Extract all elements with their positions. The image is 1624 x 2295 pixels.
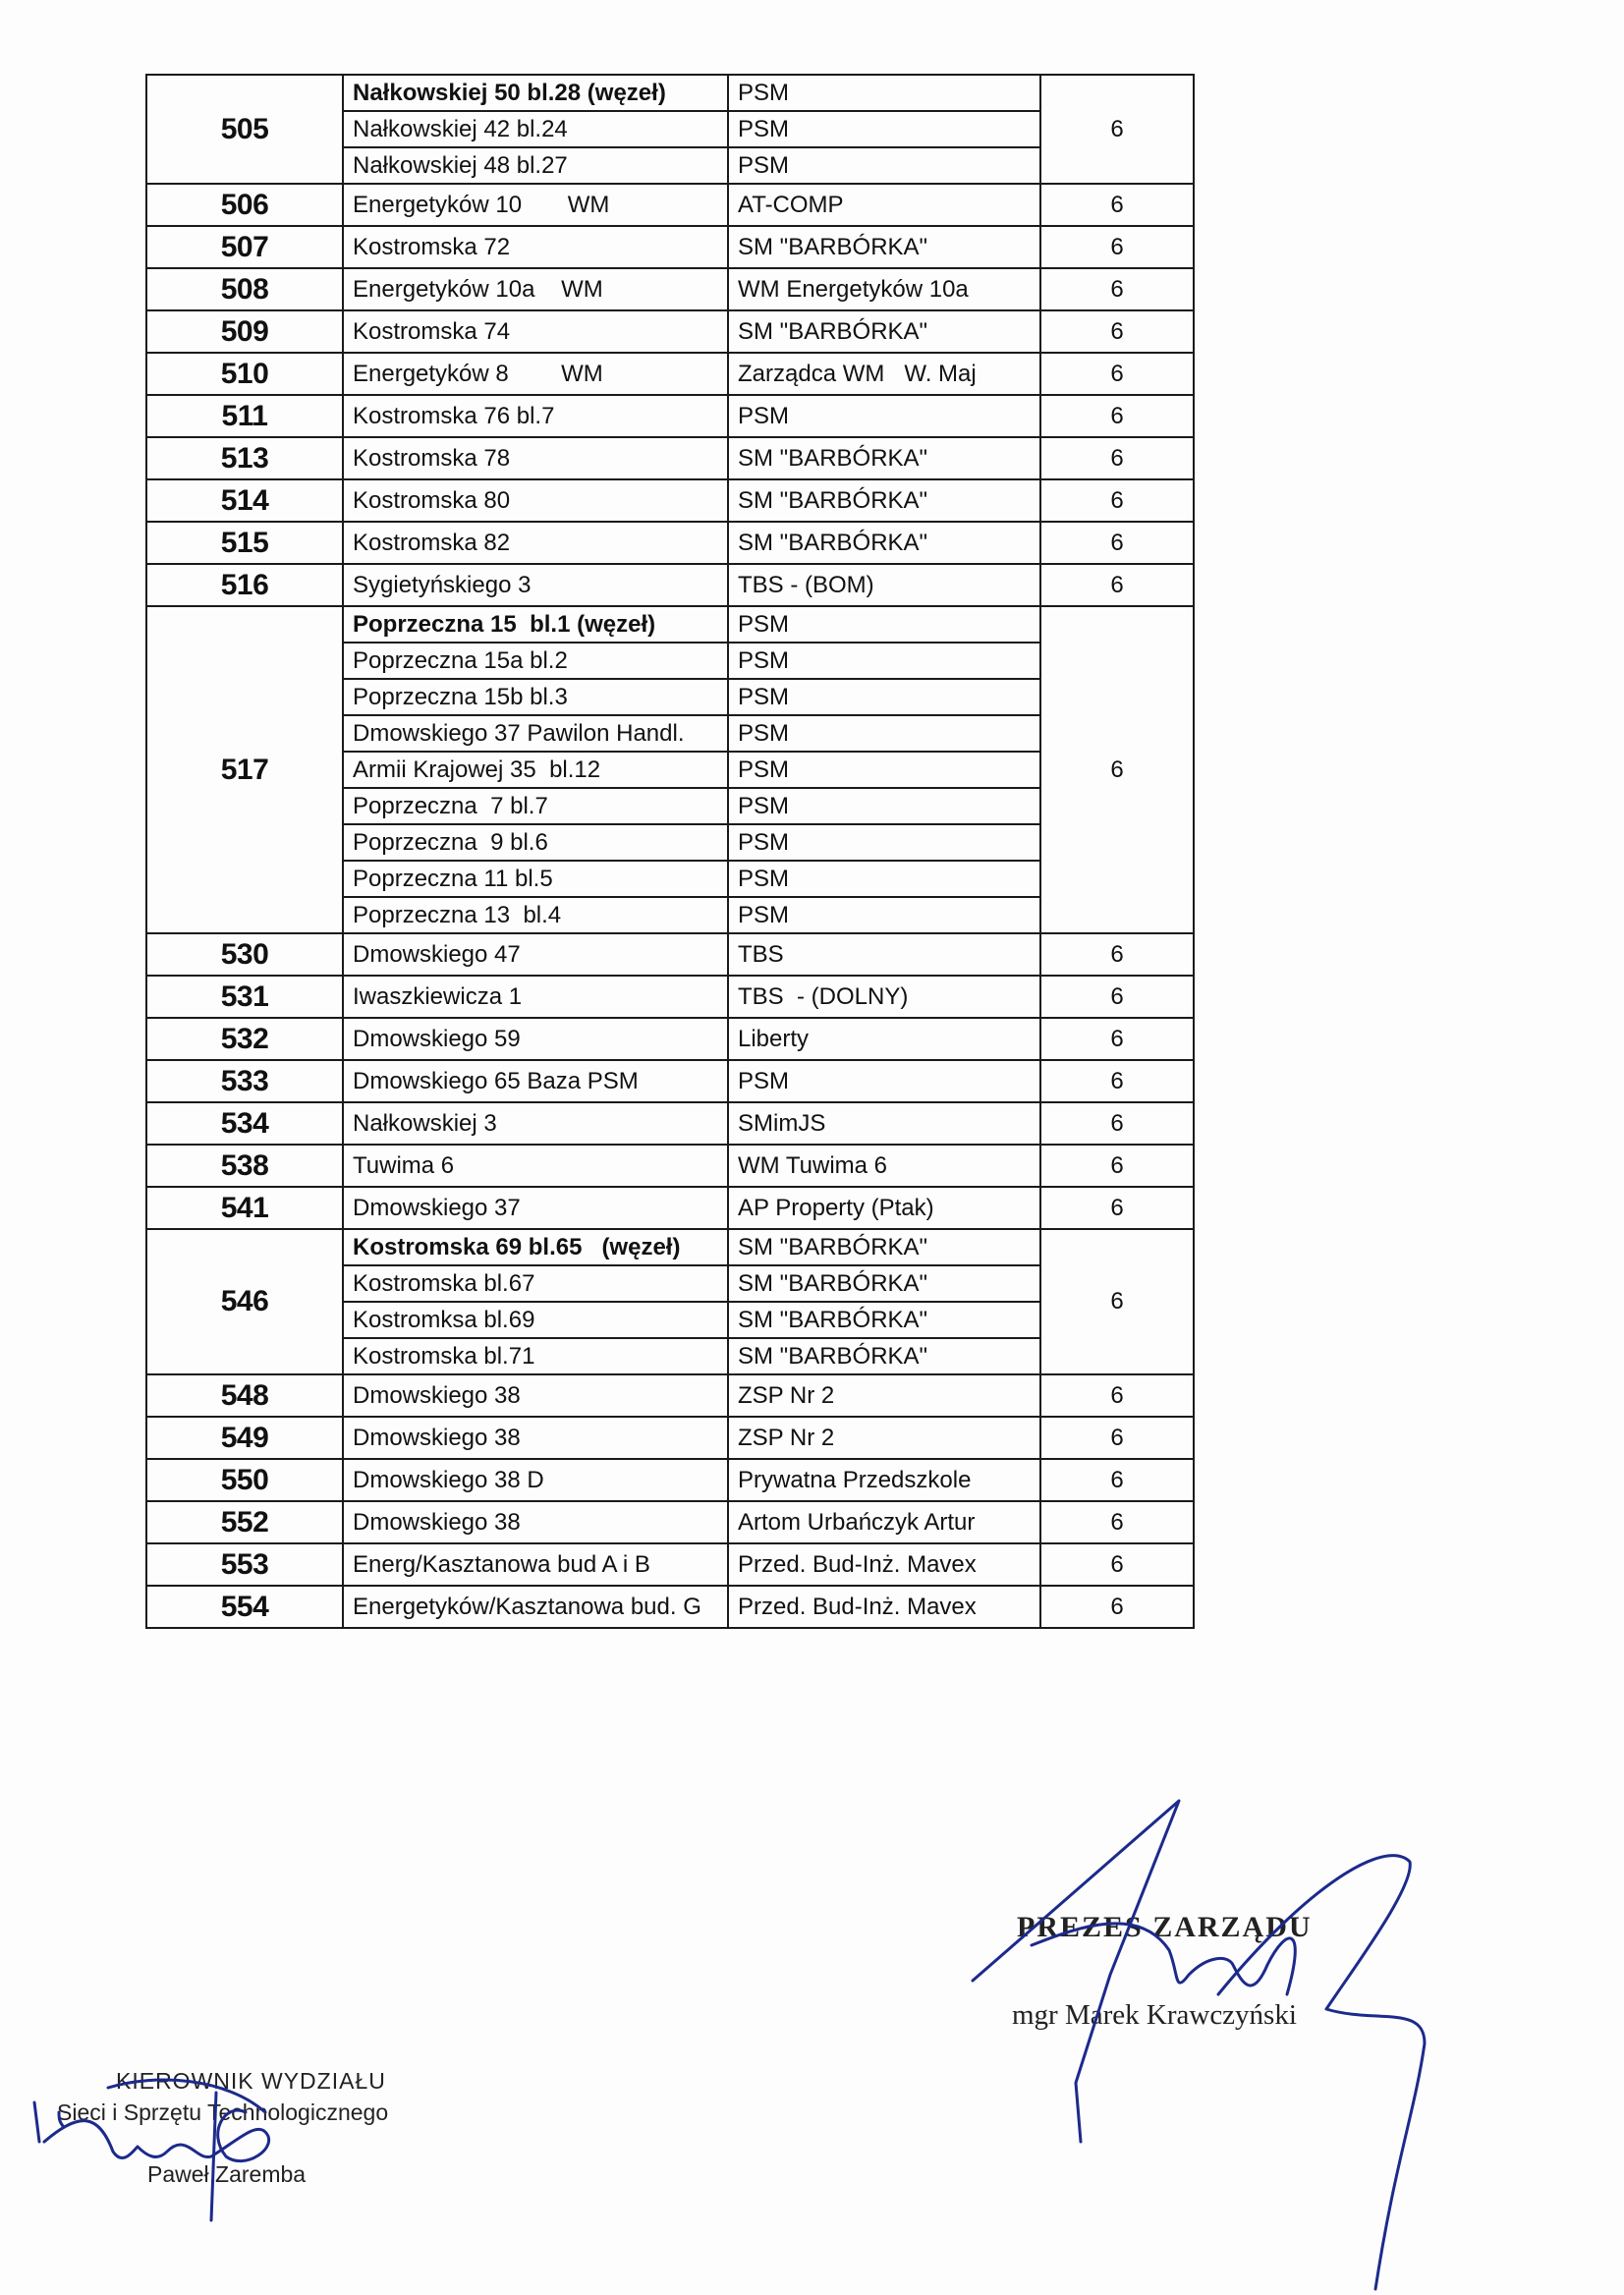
owner-cell: Przed. Bud-Inż. Mavex: [728, 1543, 1040, 1586]
president-signature-icon: [973, 1801, 1425, 2289]
value-cell: 6: [1040, 606, 1194, 933]
address-cell: Nałkowskiej 42 bl.24: [343, 111, 728, 147]
owner-cell: ZSP Nr 2: [728, 1374, 1040, 1417]
owner-cell: PSM: [728, 824, 1040, 861]
address-cell: Energetyków 10 WM: [343, 184, 728, 226]
table-row: 532Dmowskiego 59Liberty6: [146, 1018, 1194, 1060]
address-cell: Dmowskiego 65 Baza PSM: [343, 1060, 728, 1102]
address-cell: Dmowskiego 47: [343, 933, 728, 976]
table-row: 505Nałkowskiej 50 bl.28 (węzeł)PSM6: [146, 75, 1194, 111]
table-row: 515Kostromska 82SM "BARBÓRKA"6: [146, 522, 1194, 564]
president-title: PREZES ZARZĄDU: [1017, 1911, 1313, 1944]
node-number: 546: [146, 1229, 343, 1374]
value-cell: 6: [1040, 1145, 1194, 1187]
value-cell: 6: [1040, 1374, 1194, 1417]
address-cell: Kostromska 72: [343, 226, 728, 268]
table-row: 554Energetyków/Kasztanowa bud. GPrzed. B…: [146, 1586, 1194, 1628]
owner-cell: SM "BARBÓRKA": [728, 479, 1040, 522]
node-number: 515: [146, 522, 343, 564]
table-row: 549Dmowskiego 38ZSP Nr 26: [146, 1417, 1194, 1459]
owner-cell: SM "BARBÓRKA": [728, 226, 1040, 268]
address-cell: Nałkowskiej 48 bl.27: [343, 147, 728, 184]
address-cell: Energetyków 10a WM: [343, 268, 728, 310]
node-number: 516: [146, 564, 343, 606]
owner-cell: WM Energetyków 10a: [728, 268, 1040, 310]
table-row: 516Sygietyńskiego 3TBS - (BOM)6: [146, 564, 1194, 606]
owner-cell: AT-COMP: [728, 184, 1040, 226]
node-number: 506: [146, 184, 343, 226]
address-cell: Nałkowskiej 50 bl.28 (węzeł): [343, 75, 728, 111]
node-number: 538: [146, 1145, 343, 1187]
owner-cell: AP Property (Ptak): [728, 1187, 1040, 1229]
president-name: mgr Marek Krawczyński: [1012, 1999, 1297, 2032]
owner-cell: PSM: [728, 788, 1040, 824]
address-cell: Sygietyńskiego 3: [343, 564, 728, 606]
address-cell: Nałkowskiej 3: [343, 1102, 728, 1145]
manager-title: KIEROWNIK WYDZIAŁU: [116, 2068, 386, 2095]
address-cell: Kostromska 78: [343, 437, 728, 479]
table-row: 510Energetyków 8 WMZarządca WM W. Maj6: [146, 353, 1194, 395]
owner-cell: SM "BARBÓRKA": [728, 437, 1040, 479]
address-cell: Poprzeczna 7 bl.7: [343, 788, 728, 824]
node-number: 531: [146, 976, 343, 1018]
value-cell: 6: [1040, 226, 1194, 268]
owner-cell: PSM: [728, 147, 1040, 184]
value-cell: 6: [1040, 1586, 1194, 1628]
manager-department: Sieci i Sprzętu Technologicznego: [57, 2099, 388, 2126]
address-cell: Poprzeczna 11 bl.5: [343, 861, 728, 897]
owner-cell: PSM: [728, 897, 1040, 933]
owner-cell: SM "BARBÓRKA": [728, 1265, 1040, 1302]
document-page: 505Nałkowskiej 50 bl.28 (węzeł)PSM6Nałko…: [0, 0, 1624, 2295]
table-row: 546Kostromska 69 bl.65 (węzeł)SM "BARBÓR…: [146, 1229, 1194, 1265]
address-cell: Poprzeczna 15a bl.2: [343, 643, 728, 679]
address-cell: Energetyków/Kasztanowa bud. G: [343, 1586, 728, 1628]
owner-cell: PSM: [728, 606, 1040, 643]
value-cell: 6: [1040, 1187, 1194, 1229]
node-number: 532: [146, 1018, 343, 1060]
node-number: 549: [146, 1417, 343, 1459]
owner-cell: TBS - (BOM): [728, 564, 1040, 606]
table-row: 513Kostromska 78SM "BARBÓRKA"6: [146, 437, 1194, 479]
table-row: 553Energ/Kasztanowa bud A i BPrzed. Bud-…: [146, 1543, 1194, 1586]
node-number: 505: [146, 75, 343, 184]
address-cell: Kostromska 82: [343, 522, 728, 564]
value-cell: 6: [1040, 1018, 1194, 1060]
node-number: 554: [146, 1586, 343, 1628]
table-row: 541Dmowskiego 37AP Property (Ptak)6: [146, 1187, 1194, 1229]
address-cell: Dmowskiego 38: [343, 1417, 728, 1459]
owner-cell: PSM: [728, 1060, 1040, 1102]
node-number: 509: [146, 310, 343, 353]
owner-cell: PSM: [728, 643, 1040, 679]
owner-cell: PSM: [728, 395, 1040, 437]
address-cell: Dmowskiego 38: [343, 1501, 728, 1543]
table-row: 531Iwaszkiewicza 1TBS - (DOLNY)6: [146, 976, 1194, 1018]
owner-cell: SM "BARBÓRKA": [728, 1338, 1040, 1374]
node-number: 511: [146, 395, 343, 437]
address-cell: Dmowskiego 38: [343, 1374, 728, 1417]
value-cell: 6: [1040, 479, 1194, 522]
value-cell: 6: [1040, 75, 1194, 184]
owner-cell: SM "BARBÓRKA": [728, 522, 1040, 564]
table-row: 517Poprzeczna 15 bl.1 (węzeł)PSM6: [146, 606, 1194, 643]
owner-cell: SM "BARBÓRKA": [728, 1229, 1040, 1265]
value-cell: 6: [1040, 1543, 1194, 1586]
value-cell: 6: [1040, 1417, 1194, 1459]
value-cell: 6: [1040, 976, 1194, 1018]
address-cell: Poprzeczna 15b bl.3: [343, 679, 728, 715]
address-cell: Kostromksa bl.69: [343, 1302, 728, 1338]
owner-cell: PSM: [728, 752, 1040, 788]
manager-name: Paweł Zaremba: [147, 2161, 306, 2188]
value-cell: 6: [1040, 1060, 1194, 1102]
table-row: 533Dmowskiego 65 Baza PSMPSM6: [146, 1060, 1194, 1102]
table-row: 548Dmowskiego 38ZSP Nr 26: [146, 1374, 1194, 1417]
node-number: 508: [146, 268, 343, 310]
owner-cell: Liberty: [728, 1018, 1040, 1060]
owner-cell: PSM: [728, 861, 1040, 897]
address-cell: Kostromska 69 bl.65 (węzeł): [343, 1229, 728, 1265]
value-cell: 6: [1040, 268, 1194, 310]
heat-nodes-table: 505Nałkowskiej 50 bl.28 (węzeł)PSM6Nałko…: [145, 74, 1195, 1629]
table-row: 506Energetyków 10 WMAT-COMP6: [146, 184, 1194, 226]
owner-cell: Zarządca WM W. Maj: [728, 353, 1040, 395]
address-cell: Kostromska 74: [343, 310, 728, 353]
table-row: 538Tuwima 6WM Tuwima 66: [146, 1145, 1194, 1187]
table-row: 534Nałkowskiej 3SMimJS6: [146, 1102, 1194, 1145]
address-cell: Dmowskiego 59: [343, 1018, 728, 1060]
address-cell: Armii Krajowej 35 bl.12: [343, 752, 728, 788]
value-cell: 6: [1040, 522, 1194, 564]
node-number: 534: [146, 1102, 343, 1145]
node-number: 553: [146, 1543, 343, 1586]
value-cell: 6: [1040, 1229, 1194, 1374]
table-row: 511Kostromska 76 bl.7PSM6: [146, 395, 1194, 437]
owner-cell: PSM: [728, 679, 1040, 715]
node-number: 513: [146, 437, 343, 479]
owner-cell: SM "BARBÓRKA": [728, 310, 1040, 353]
value-cell: 6: [1040, 395, 1194, 437]
node-number: 533: [146, 1060, 343, 1102]
owner-cell: TBS: [728, 933, 1040, 976]
value-cell: 6: [1040, 184, 1194, 226]
owner-cell: ZSP Nr 2: [728, 1417, 1040, 1459]
table-row: 508Energetyków 10a WMWM Energetyków 10a6: [146, 268, 1194, 310]
address-cell: Dmowskiego 38 D: [343, 1459, 728, 1501]
owner-cell: SM "BARBÓRKA": [728, 1302, 1040, 1338]
owner-cell: PSM: [728, 75, 1040, 111]
owner-cell: PSM: [728, 111, 1040, 147]
owner-cell: Przed. Bud-Inż. Mavex: [728, 1586, 1040, 1628]
address-cell: Poprzeczna 15 bl.1 (węzeł): [343, 606, 728, 643]
address-cell: Kostromska 80: [343, 479, 728, 522]
address-cell: Dmowskiego 37: [343, 1187, 728, 1229]
value-cell: 6: [1040, 437, 1194, 479]
node-number: 510: [146, 353, 343, 395]
address-cell: Kostromska bl.71: [343, 1338, 728, 1374]
address-cell: Poprzeczna 9 bl.6: [343, 824, 728, 861]
table-row: 514Kostromska 80SM "BARBÓRKA"6: [146, 479, 1194, 522]
value-cell: 6: [1040, 353, 1194, 395]
table-row: 552Dmowskiego 38Artom Urbańczyk Artur6: [146, 1501, 1194, 1543]
address-cell: Kostromska 76 bl.7: [343, 395, 728, 437]
owner-cell: WM Tuwima 6: [728, 1145, 1040, 1187]
node-number: 541: [146, 1187, 343, 1229]
address-cell: Energ/Kasztanowa bud A i B: [343, 1543, 728, 1586]
address-cell: Energetyków 8 WM: [343, 353, 728, 395]
owner-cell: TBS - (DOLNY): [728, 976, 1040, 1018]
node-number: 552: [146, 1501, 343, 1543]
node-number: 514: [146, 479, 343, 522]
address-cell: Poprzeczna 13 bl.4: [343, 897, 728, 933]
table-row: 550Dmowskiego 38 DPrywatna Przedszkole6: [146, 1459, 1194, 1501]
value-cell: 6: [1040, 1102, 1194, 1145]
value-cell: 6: [1040, 1459, 1194, 1501]
owner-cell: Prywatna Przedszkole: [728, 1459, 1040, 1501]
table-row: 530Dmowskiego 47TBS6: [146, 933, 1194, 976]
address-cell: Kostromska bl.67: [343, 1265, 728, 1302]
address-cell: Iwaszkiewicza 1: [343, 976, 728, 1018]
value-cell: 6: [1040, 564, 1194, 606]
address-cell: Tuwima 6: [343, 1145, 728, 1187]
owner-cell: Artom Urbańczyk Artur: [728, 1501, 1040, 1543]
value-cell: 6: [1040, 933, 1194, 976]
table-row: 507Kostromska 72SM "BARBÓRKA"6: [146, 226, 1194, 268]
node-number: 548: [146, 1374, 343, 1417]
node-number: 517: [146, 606, 343, 933]
value-cell: 6: [1040, 310, 1194, 353]
table-row: 509Kostromska 74SM "BARBÓRKA"6: [146, 310, 1194, 353]
owner-cell: PSM: [728, 715, 1040, 752]
address-cell: Dmowskiego 37 Pawilon Handl.: [343, 715, 728, 752]
node-number: 530: [146, 933, 343, 976]
node-number: 507: [146, 226, 343, 268]
value-cell: 6: [1040, 1501, 1194, 1543]
node-number: 550: [146, 1459, 343, 1501]
owner-cell: SMimJS: [728, 1102, 1040, 1145]
